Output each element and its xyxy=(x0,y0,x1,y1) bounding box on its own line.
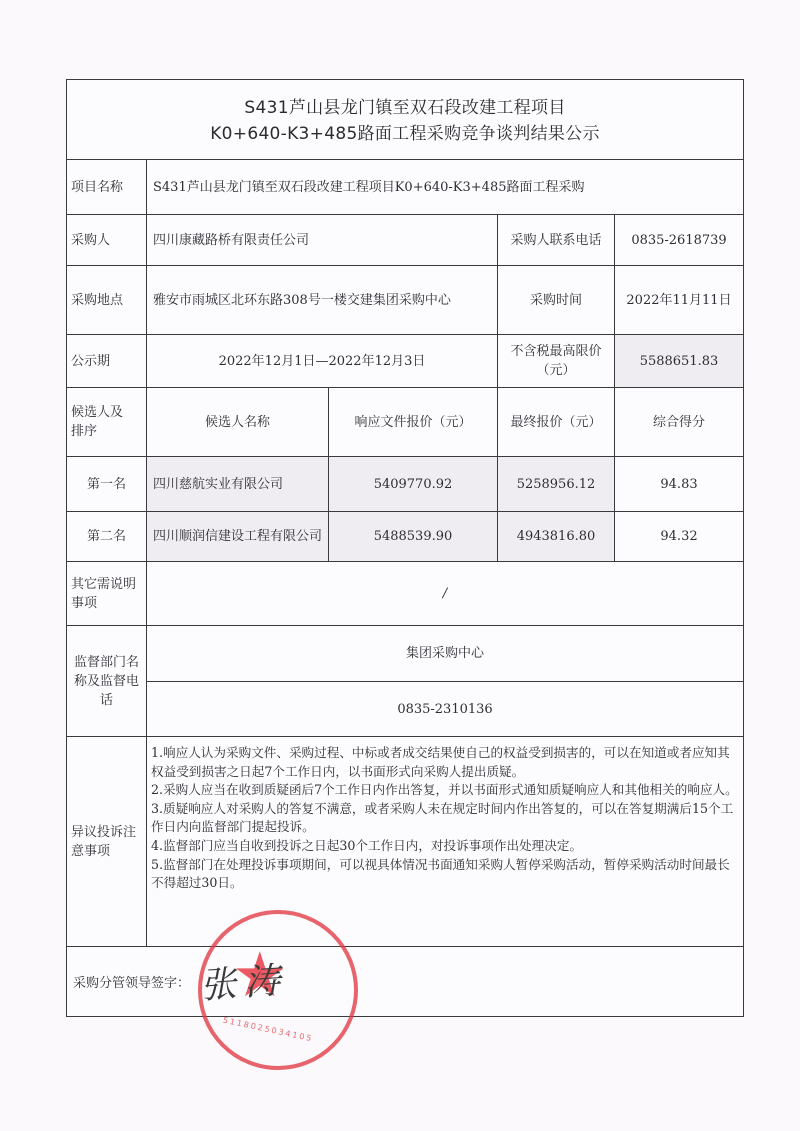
objection-item: 2.采购人应当在收到质疑函后7个工作日内作出答复，并以书面形式通知质疑响应人和其… xyxy=(151,781,739,800)
title-line-2: K0+640-K3+485路面工程采购竞争谈判结果公示 xyxy=(67,121,743,147)
candidate-response-price: 5409770.92 xyxy=(329,457,498,512)
objection-notes: 1.响应人认为采购文件、采购过程、中标或者成交结果使自己的权益受到损害的，可以在… xyxy=(147,737,743,947)
purchaser-phone-label: 采购人联系电话 xyxy=(498,215,615,266)
objection-item: 3.质疑响应人对采购人的答复不满意，或者采购人未在规定时间内作出答复的，可以在答… xyxy=(151,800,739,837)
candidate-score: 94.32 xyxy=(615,512,743,562)
candidate-name-header: 候选人名称 xyxy=(147,388,329,457)
project-name-value: S431芦山县龙门镇至双石段改建工程项目K0+640-K3+485路面工程采购 xyxy=(147,160,743,215)
purchaser-value: 四川康藏路桥有限责任公司 xyxy=(147,215,498,266)
project-name-label: 项目名称 xyxy=(67,160,147,215)
candidate-rank-header: 候选人及排序 xyxy=(67,388,147,457)
objection-item: 1.响应人认为采购文件、采购过程、中标或者成交结果使自己的权益受到损害的，可以在… xyxy=(151,744,739,781)
candidate-response-price: 5488539.90 xyxy=(329,512,498,562)
purchase-time-value: 2022年11月11日 xyxy=(615,266,743,335)
max-price-label: 不含税最高限价（元） xyxy=(498,335,615,388)
supervision-phone: 0835-2310136 xyxy=(147,682,743,737)
publicity-period: 2022年12月1日—2022年12月3日 xyxy=(147,335,498,388)
publicity-label: 公示期 xyxy=(67,335,147,388)
objection-label: 异议投诉注意事项 xyxy=(67,737,147,947)
leader-signature-label: 采购分管领导签字： xyxy=(73,972,190,991)
final-price-header: 最终报价（元） xyxy=(498,388,615,457)
candidate-rank: 第一名 xyxy=(67,457,147,512)
supervision-dept-name: 集团采购中心 xyxy=(147,626,743,682)
supervision-label: 监督部门名称及监督电话 xyxy=(67,626,147,737)
objection-item: 4.监督部门应当自收到投诉之日起30个工作日内，对投诉事项作出处理决定。 xyxy=(151,837,739,856)
other-matters-value: / xyxy=(147,562,743,626)
candidate-rank: 第二名 xyxy=(67,512,147,562)
title-line-1: S431芦山县龙门镇至双石段改建工程项目 xyxy=(67,95,743,121)
announcement-form: S431芦山县龙门镇至双石段改建工程项目 K0+640-K3+485路面工程采购… xyxy=(66,79,744,1017)
document-title: S431芦山县龙门镇至双石段改建工程项目 K0+640-K3+485路面工程采购… xyxy=(67,80,743,160)
other-matters-label: 其它需说明事项 xyxy=(67,562,147,626)
candidate-name: 四川慈航实业有限公司 xyxy=(147,457,329,512)
candidate-score: 94.83 xyxy=(615,457,743,512)
purchaser-phone-value: 0835-2618739 xyxy=(615,215,743,266)
response-price-header: 响应文件报价（元） xyxy=(329,388,498,457)
candidate-final-price: 5258956.12 xyxy=(498,457,615,512)
objection-item: 5.监督部门在处理投诉事项期间，可以视具体情况书面通知采购人暂停采购活动，暂停采… xyxy=(151,856,739,893)
location-label: 采购地点 xyxy=(67,266,147,335)
handwritten-signature: 张涛 xyxy=(198,952,289,1009)
candidate-name: 四川顺润信建设工程有限公司 xyxy=(147,512,329,562)
candidate-final-price: 4943816.80 xyxy=(498,512,615,562)
score-header: 综合得分 xyxy=(615,388,743,457)
location-value: 雅安市雨城区北环东路308号一楼交建集团采购中心 xyxy=(147,266,498,335)
purchaser-label: 采购人 xyxy=(67,215,147,266)
max-price-value: 5588651.83 xyxy=(615,335,743,388)
purchase-time-label: 采购时间 xyxy=(498,266,615,335)
